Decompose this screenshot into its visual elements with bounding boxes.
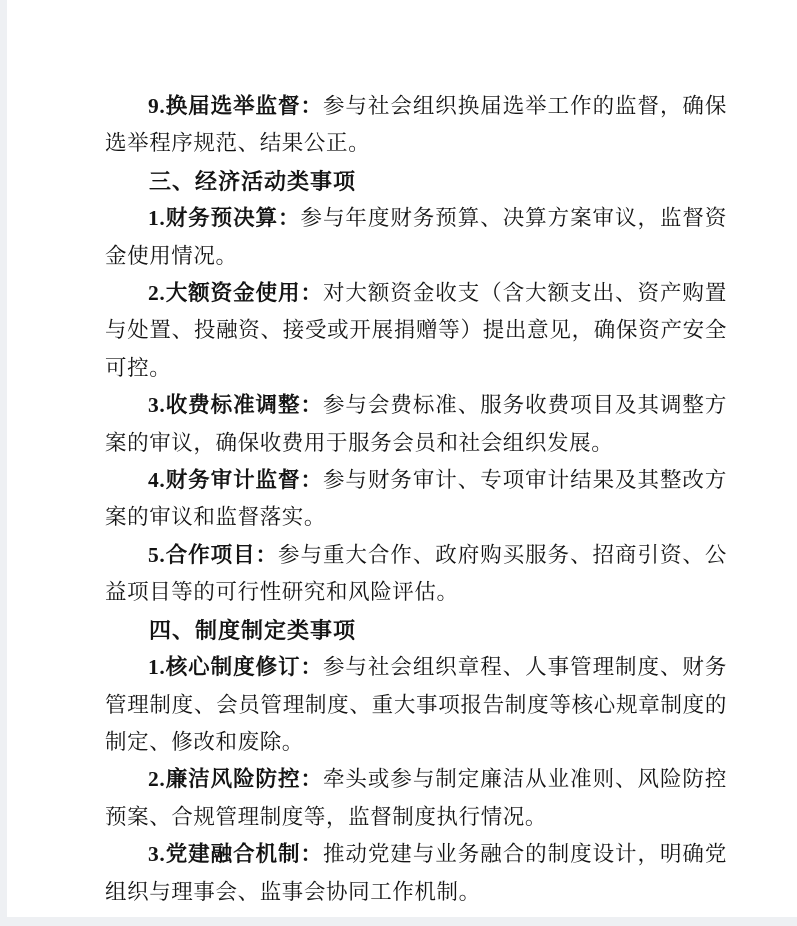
paragraph-lead: 3.收费标准调整：	[148, 393, 323, 417]
document-page[interactable]: 9.换届选举监督：参与社会组织换届选举工作的监督，确保选举程序规范、结果公正。三…	[7, 0, 797, 917]
section-heading: 四、制度制定类事项	[105, 612, 727, 649]
document-paragraph: 3.收费标准调整：参与会费标准、服务收费项目及其调整方案的审议，确保收费用于服务…	[105, 387, 727, 462]
document-paragraph: 1.核心制度修订：参与社会组织章程、人事管理制度、财务管理制度、会员管理制度、重…	[105, 649, 727, 761]
paragraph-lead: 5.合作项目：	[148, 543, 278, 567]
paragraph-lead: 1.财务预决算：	[148, 206, 301, 230]
document-paragraph: 4.财务审计监督：参与财务审计、专项审计结果及其整改方案的审议和监督落实。	[105, 462, 727, 537]
paragraph-lead: 4.财务审计监督：	[148, 468, 323, 492]
paragraph-lead: 9.换届选举监督：	[148, 94, 323, 118]
document-viewer: { "page": { "background_color": "#eef0f3…	[0, 0, 797, 926]
document-paragraph: 2.廉洁风险防控：牵头或参与制定廉洁从业准则、风险防控预案、合规管理制度等，监督…	[105, 761, 727, 836]
paragraph-lead: 2.廉洁风险防控：	[148, 767, 323, 791]
paragraph-lead: 1.核心制度修订：	[148, 655, 323, 679]
document-body: 9.换届选举监督：参与社会组织换届选举工作的监督，确保选举程序规范、结果公正。三…	[105, 88, 727, 911]
viewer-background: 9.换届选举监督：参与社会组织换届选举工作的监督，确保选举程序规范、结果公正。三…	[0, 0, 797, 926]
document-paragraph: 5.合作项目：参与重大合作、政府购买服务、招商引资、公益项目等的可行性研究和风险…	[105, 537, 727, 612]
paragraph-lead: 2.大额资金使用：	[148, 281, 323, 305]
document-paragraph: 3.党建融合机制：推动党建与业务融合的制度设计，明确党组织与理事会、监事会协同工…	[105, 836, 727, 911]
paragraph-lead: 3.党建融合机制：	[148, 842, 323, 866]
document-paragraph: 1.财务预决算：参与年度财务预算、决算方案审议，监督资金使用情况。	[105, 200, 727, 275]
document-paragraph: 2.大额资金使用：对大额资金收支（含大额支出、资产购置与处置、投融资、接受或开展…	[105, 275, 727, 387]
section-heading: 三、经济活动类事项	[105, 163, 727, 200]
document-paragraph: 9.换届选举监督：参与社会组织换届选举工作的监督，确保选举程序规范、结果公正。	[105, 88, 727, 163]
